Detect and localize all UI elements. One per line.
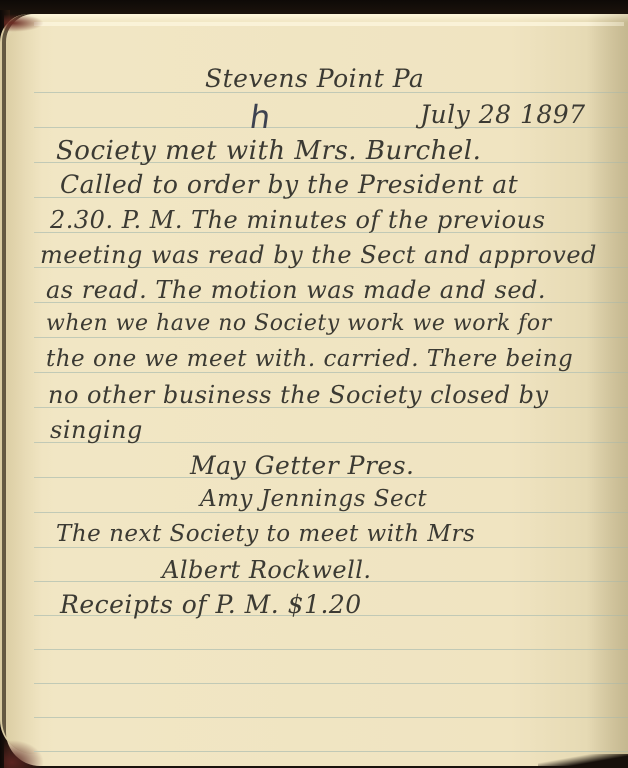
secretary-signature: Amy Jennings Sect bbox=[200, 486, 427, 512]
body-line-2: Called to order by the President at bbox=[60, 170, 518, 199]
page-top-highlight bbox=[34, 22, 624, 26]
body-line-6: when we have no Society work we work for bbox=[46, 311, 552, 336]
next-meeting-line-2: Albert Rockwell. bbox=[162, 556, 372, 584]
red-page-edge-bottom bbox=[4, 740, 44, 768]
body-line-7: the one we meet with. carried. There bei… bbox=[46, 346, 573, 372]
body-line-3: 2.30. P. M. The minutes of the previous bbox=[50, 206, 545, 234]
body-line-8: no other business the Society closed by bbox=[48, 381, 549, 409]
body-line-9: singing bbox=[50, 416, 143, 444]
ruled-line bbox=[34, 717, 628, 718]
heading-date: July 28 1897 bbox=[420, 100, 586, 129]
president-signature: May Getter Pres. bbox=[190, 451, 414, 480]
body-line-1: Society met with Mrs. Burchel. bbox=[56, 136, 481, 166]
book-corner-bottom-right bbox=[538, 754, 628, 768]
heading-place: Stevens Point Pa bbox=[205, 64, 424, 93]
page-curve-shadow bbox=[588, 14, 628, 768]
ruled-line bbox=[34, 683, 628, 684]
ruled-line bbox=[34, 751, 628, 752]
body-line-4: meeting was read by the Sect and approve… bbox=[40, 241, 597, 269]
page-stack-edge bbox=[0, 14, 42, 754]
ruled-line bbox=[34, 547, 628, 548]
ruled-line bbox=[34, 512, 628, 513]
receipts-line: Receipts of P. M. $1.20 bbox=[60, 590, 362, 619]
ruled-line bbox=[34, 337, 628, 338]
red-page-edge-top bbox=[4, 14, 44, 32]
body-line-5: as read. The motion was made and sed. bbox=[46, 276, 546, 304]
ruled-line bbox=[34, 649, 628, 650]
next-meeting-line-1: The next Society to meet with Mrs bbox=[56, 521, 475, 547]
ruled-line bbox=[34, 372, 628, 373]
